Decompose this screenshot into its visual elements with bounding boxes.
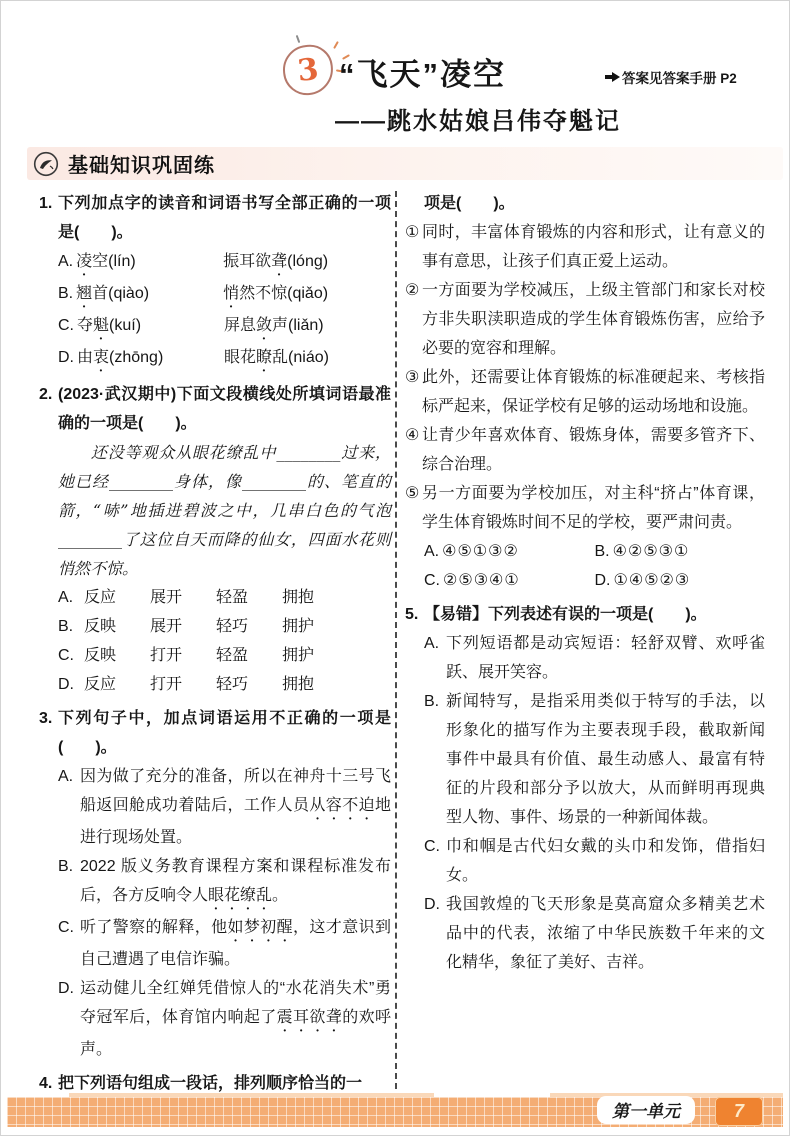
circled-number: ② (405, 276, 419, 305)
emphasized-word: 从容不迫 (309, 797, 375, 814)
option-word: 轻盈 (216, 641, 282, 670)
item-text: 此外，还需要让体育锻炼的标准硬起来、考核指标严起来，保证学校有足够的运动场地和设… (422, 369, 765, 415)
option-row: A. 反应 展开 轻盈 拥抱 (58, 583, 391, 612)
text-segment: 听了警察的解释，他 (80, 919, 227, 936)
answer-reference-note: 答案见答案手册 P2 (605, 67, 737, 87)
emphasized-char: 悄 (223, 285, 239, 302)
option-sequence: ④②⑤③① (613, 537, 690, 566)
option-word: 凌空(lín) (76, 247, 223, 279)
stem-text: 下列表述有误的一项是( )。 (488, 606, 707, 623)
lesson-number-badge: 3 (281, 43, 336, 98)
option-text: 下列短语都是动宾短语：轻舒双臂、欢呼雀跃、展开笑容。 (446, 635, 765, 681)
question-2: 2. (2023·武汉期中)下面文段横线处所填词语最准确的一项是( )。 还没等… (39, 380, 391, 699)
option-row: A.④⑤①③② (424, 537, 595, 566)
option-word: 反应 (84, 670, 150, 699)
option-row: C. 听了警察的解释，他如梦初醒，这才意识到自己遭遇了电信诈骗。 (58, 913, 391, 974)
text-segment: 声(liǎn) (272, 317, 324, 334)
text-segment: 乱(niáo) (272, 349, 329, 366)
two-column-body: 1. 下列加点字的读音和词语书写全部正确的一项是( )。 A. 凌空(lín) … (39, 189, 765, 1091)
option-letter: D. (58, 670, 84, 699)
option-word: 悄然不惊(qiǎo) (223, 279, 391, 311)
lesson-subtitle: ——跳水姑娘吕伟夺魁记 (335, 101, 621, 136)
question-stem: 【易错】下列表述有误的一项是( )。 (424, 600, 765, 629)
option-sequence: ②⑤③④① (443, 566, 520, 595)
emphasized-char: 聋 (271, 253, 287, 270)
option-word: 展开 (150, 583, 216, 612)
option-word: 振耳欲聋(lóng) (223, 247, 391, 279)
option-row: A. 凌空(lín) 振耳欲聋(lóng) (58, 247, 391, 279)
option-letter: D. (424, 890, 440, 919)
workbook-page: 3 “飞天”凌空 答案见答案手册 P2 ——跳水姑娘吕伟夺魁记 基础知识巩固练 … (0, 0, 790, 1136)
option-letter: B. (58, 612, 84, 641)
option-sequence: ①④⑤②③ (614, 566, 691, 595)
emphasized-char: 凌 (76, 253, 92, 270)
option-letter: A. (424, 629, 439, 658)
emphasized-word: 眼花缭乱 (208, 887, 272, 904)
column-divider (395, 191, 397, 1089)
text-segment: 屏息 (224, 317, 256, 334)
text-segment: (kuí) (109, 317, 141, 334)
sentence-item: ②一方面要为学校减压，上级主管部门和家长对校方非失职渎职造成的学生体育锻炼伤害，… (405, 276, 765, 363)
option-letter: C. (58, 311, 74, 343)
option-row: D. 反应 打开 轻巧 拥抱 (58, 670, 391, 699)
question-number: 3. (39, 704, 52, 733)
question-1: 1. 下列加点字的读音和词语书写全部正确的一项是( )。 A. 凌空(lín) … (39, 189, 391, 375)
answer-note-text: 答案见答案手册 P2 (622, 67, 737, 87)
option-row: C.巾和帼是古代妇女戴的头巾和发饰，借指妇女。 (424, 832, 765, 890)
sparkle-decoration-icon (333, 41, 339, 49)
emphasized-word: 如梦初醒 (227, 919, 293, 936)
text-segment: (lóng) (287, 253, 328, 270)
question-number: 1. (39, 189, 52, 218)
text-segment: 空(lín) (92, 253, 136, 270)
option-word: 夺魁(kuí) (77, 311, 224, 343)
option-row: D. 由衷(zhōng) 眼花瞭乱(niáo) (58, 343, 391, 375)
option-letter: D. (58, 343, 74, 375)
emphasized-char: 翘 (76, 285, 92, 302)
option-row: A.下列短语都是动宾短语：轻舒双臂、欢呼雀跃、展开笑容。 (424, 629, 765, 687)
section-header: 基础知识巩固练 (27, 147, 783, 180)
option-row: C. 反映 打开 轻盈 拥护 (58, 641, 391, 670)
option-letter: D. (595, 566, 611, 595)
option-row: B. 2022 版义务教育课程方案和课程标准发布后，各方反响令人眼花缭乱。 (58, 852, 391, 913)
option-row: B. 翘首(qiào) 悄然不惊(qiǎo) (58, 279, 391, 311)
emphasized-char: 敛 (256, 317, 272, 334)
text-segment: 然不惊(qiǎo) (239, 285, 328, 302)
option-letter: C. (58, 641, 84, 670)
option-row: D. 运动健儿全红婵凭借惊人的“水花消失术”勇夺冠军后，体育馆内响起了震耳欲聋的… (58, 974, 391, 1064)
option-letter: B. (424, 687, 439, 716)
emphasized-char: 衷 (93, 349, 109, 366)
question-number: 5. (405, 600, 418, 629)
lesson-title: “飞天”凌空 (339, 49, 506, 94)
option-sequence: ④⑤①③② (442, 537, 519, 566)
question-stem: (2023·武汉期中)下面文段横线处所填词语最准确的一项是( )。 (58, 380, 391, 438)
option-word: 反映 (84, 641, 150, 670)
text-segment: 振耳欲 (223, 253, 271, 270)
option-row: B. 反映 展开 轻巧 拥护 (58, 612, 391, 641)
option-row: B.④②⑤③① (595, 537, 766, 566)
option-word: 屏息敛声(liǎn) (224, 311, 391, 343)
sentence-item: ④让青少年喜欢体育、锻炼身体，需要多管齐下、综合治理。 (405, 421, 765, 479)
option-word: 打开 (150, 670, 216, 699)
option-row: A. 因为做了充分的准备，所以在神舟十三号飞船返回舱成功着陆后，工作人员从容不迫… (58, 762, 391, 852)
error-prone-tag: 【易错】 (424, 606, 488, 623)
question-number: 2. (39, 380, 52, 409)
option-word: 轻盈 (216, 583, 282, 612)
option-letter: C. (58, 913, 74, 942)
text-segment: 夺 (77, 317, 93, 334)
question-5: 5. 【易错】下列表述有误的一项是( )。 A.下列短语都是动宾短语：轻舒双臂、… (405, 600, 765, 977)
arrow-right-icon (605, 72, 620, 83)
option-letter: C. (424, 566, 440, 595)
text-segment: 由 (77, 349, 93, 366)
option-grid: A.④⑤①③② B.④②⑤③① C.②⑤③④① D.①④⑤②③ (405, 537, 765, 595)
option-word: 拥抱 (282, 583, 391, 612)
option-row: D.①④⑤②③ (595, 566, 766, 595)
option-word: 反应 (84, 583, 150, 612)
option-word: 打开 (150, 641, 216, 670)
text-segment: (zhōng) (109, 349, 163, 366)
question-3: 3. 下列句子中，加点词语运用不正确的一项是( )。 A. 因为做了充分的准备，… (39, 704, 391, 1064)
option-word: 眼花瞭乱(niáo) (224, 343, 391, 375)
sentence-item: ⑤另一方面要为学校加压，对主科“挤占”体育课，学生体育锻炼时间不足的学校，要严肃… (405, 479, 765, 537)
option-word: 轻巧 (216, 670, 282, 699)
option-word: 轻巧 (216, 612, 282, 641)
item-text: 另一方面要为学校加压，对主科“挤占”体育课，学生体育锻炼时间不足的学校，要严肃问… (422, 485, 765, 531)
item-text: 让青少年喜欢体育、锻炼身体，需要多管齐下、综合治理。 (422, 427, 765, 473)
option-letter: A. (58, 583, 84, 612)
emphasized-word: 震耳欲聋 (277, 1009, 343, 1026)
emphasized-char: 魁 (93, 317, 109, 334)
option-letter: B. (58, 852, 73, 881)
option-text: 我国敦煌的飞天形象是莫高窟众多精美艺术品中的代表，浓缩了中华民族数千年来的文化精… (446, 896, 765, 971)
question-stem-continued: 项是( )。 (424, 189, 765, 218)
option-letter: A. (58, 247, 73, 279)
emphasized-char: 瞭 (256, 349, 272, 366)
sentence-item: ①同时，丰富体育锻炼的内容和形式，让有意义的事有意思，让孩子们真正爱上运动。 (405, 218, 765, 276)
page-header: 3 “飞天”凌空 答案见答案手册 P2 ——跳水姑娘吕伟夺魁记 (1, 1, 789, 147)
sparkle-decoration-icon (296, 35, 301, 43)
text-segment: 首(qiào) (92, 285, 149, 302)
sentence-item: ③此外，还需要让体育锻炼的标准硬起来、考核指标严起来，保证学校有足够的运动场地和… (405, 363, 765, 421)
fill-blank-passage: 还没等观众从眼花缭乱中________过来，她已经________身体，像___… (58, 438, 391, 583)
circled-number: ① (405, 218, 419, 247)
item-text: 同时，丰富体育锻炼的内容和形式，让有意义的事有意思，让孩子们真正爱上运动。 (422, 224, 765, 270)
text-segment: 。 (272, 887, 288, 904)
lesson-number: 3 (296, 52, 320, 89)
question-4-continued: 项是( )。 ①同时，丰富体育锻炼的内容和形式，让有意义的事有意思，让孩子们真正… (405, 189, 765, 595)
option-letter: B. (58, 279, 73, 311)
option-letter: A. (424, 537, 439, 566)
text-segment: 眼花 (224, 349, 256, 366)
option-word: 拥护 (282, 612, 391, 641)
option-letter: B. (595, 537, 610, 566)
option-word: 由衷(zhōng) (77, 343, 224, 375)
question-stem: 下列加点字的读音和词语书写全部正确的一项是( )。 (58, 189, 391, 247)
option-text: 新闻特写，是指采用类似于特写的手法，以形象化的描写作为主要表现手段，截取新闻事件… (446, 693, 765, 826)
option-letter: A. (58, 762, 73, 791)
circled-number: ③ (405, 363, 419, 392)
question-stem: 下列句子中，加点词语运用不正确的一项是( )。 (58, 704, 391, 762)
passage-text: 还没等观众从眼花缭乱中________过来，她已经________身体，像___… (58, 443, 391, 578)
option-word: 展开 (150, 612, 216, 641)
option-word: 拥抱 (282, 670, 391, 699)
item-text: 一方面要为学校减压，上级主管部门和家长对校方非失职渎职造成的学生体育锻炼伤害，应… (422, 282, 765, 357)
left-column: 1. 下列加点字的读音和词语书写全部正确的一项是( )。 A. 凌空(lín) … (39, 189, 391, 1091)
option-row: D.我国敦煌的飞天形象是莫高窟众多精美艺术品中的代表，浓缩了中华民族数千年来的文… (424, 890, 765, 977)
right-column: 项是( )。 ①同时，丰富体育锻炼的内容和形式，让有意义的事有意思，让孩子们真正… (405, 189, 765, 1091)
option-letter: D. (58, 974, 74, 1003)
unit-label: 第一单元 (597, 1096, 695, 1124)
option-word: 反映 (84, 612, 150, 641)
option-row: C. 夺魁(kuí) 屏息敛声(liǎn) (58, 311, 391, 343)
option-row: B.新闻特写，是指采用类似于特写的手法，以形象化的描写作为主要表现手段，截取新闻… (424, 687, 765, 832)
option-row: C.②⑤③④① (424, 566, 595, 595)
option-word: 翘首(qiào) (76, 279, 223, 311)
circled-number: ④ (405, 421, 419, 450)
option-letter: C. (424, 832, 440, 861)
option-text: 巾和帼是古代妇女戴的头巾和发饰，借指妇女。 (446, 838, 765, 884)
circled-number: ⑤ (405, 479, 419, 508)
option-word: 拥护 (282, 641, 391, 670)
section-title: 基础知识巩固练 (68, 149, 215, 178)
brush-badge-icon (33, 151, 59, 177)
page-number: 7 (715, 1097, 763, 1126)
